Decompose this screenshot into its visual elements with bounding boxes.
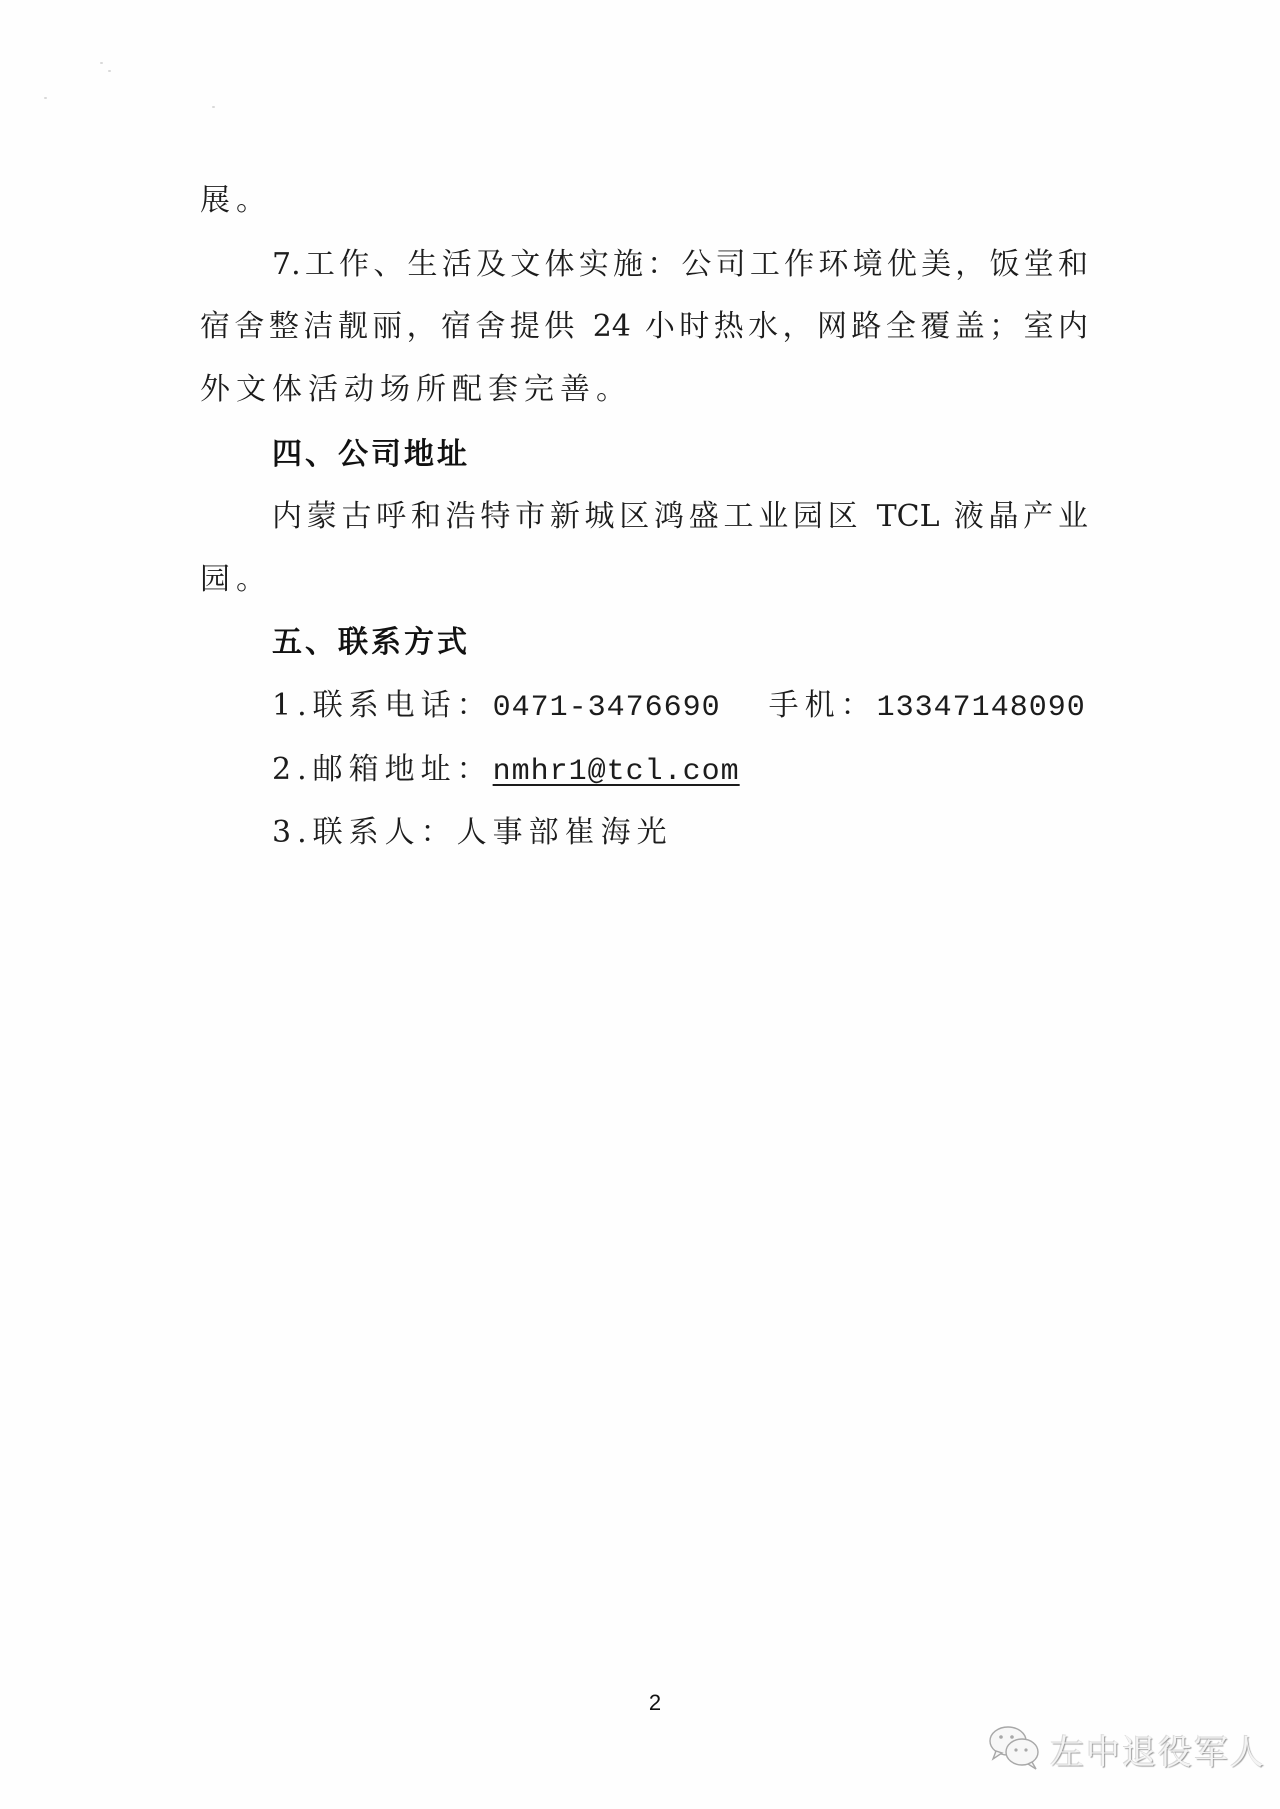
paragraph-line: 外文体活动场所配套完善。 bbox=[200, 370, 1100, 410]
email-line: 2.邮箱地址：nmhr1@tcl.com bbox=[272, 750, 1172, 790]
scan-speck bbox=[212, 106, 215, 108]
address-text: 园。 bbox=[200, 562, 272, 597]
section-heading-contact: 五、联系方式 bbox=[272, 623, 1172, 663]
paragraph-line: 展。 bbox=[200, 181, 1100, 221]
email-label: 2.邮箱地址： bbox=[272, 752, 493, 787]
heading-text: 四、公司地址 bbox=[272, 437, 470, 472]
mobile-value: 13347148090 bbox=[877, 691, 1086, 725]
email-link[interactable]: nmhr1@tcl.com bbox=[493, 755, 740, 789]
phone-line: 1.联系电话：0471-3476690手机：13347148090 bbox=[272, 686, 1172, 726]
contact-label: 3.联系人： bbox=[272, 815, 457, 850]
paragraph-text: 7.工作、生活及文体实施：公司工作环境优美，饭堂和 bbox=[272, 247, 1088, 282]
section-heading-address: 四、公司地址 bbox=[272, 435, 1172, 475]
phone-value: 0471-3476690 bbox=[493, 691, 721, 725]
address-line: 园。 bbox=[200, 560, 1100, 600]
mobile-label: 手机： bbox=[769, 688, 877, 723]
scan-speck bbox=[44, 97, 47, 99]
paragraph-line: 宿舍整洁靓丽，宿舍提供 24 小时热水，网路全覆盖；室内 bbox=[200, 307, 1088, 347]
wechat-icon bbox=[988, 1724, 1042, 1774]
paragraph-text: 外文体活动场所配套完善。 bbox=[200, 372, 632, 407]
phone-label: 1.联系电话： bbox=[272, 688, 493, 723]
paragraph-text: 宿舍整洁靓丽，宿舍提供 24 小时热水，网路全覆盖；室内 bbox=[200, 309, 1088, 344]
address-text: 内蒙古呼和浩特市新城区鸿盛工业园区 TCL 液晶产业 bbox=[272, 499, 1088, 534]
document-page: 展。 7.工作、生活及文体实施：公司工作环境优美，饭堂和 宿舍整洁靓丽，宿舍提供… bbox=[0, 0, 1280, 1809]
scan-speck bbox=[100, 62, 103, 64]
address-line: 内蒙古呼和浩特市新城区鸿盛工业园区 TCL 液晶产业 bbox=[272, 497, 1088, 537]
scan-speck bbox=[108, 70, 111, 72]
page-number: 2 bbox=[640, 1690, 670, 1716]
contact-person-line: 3.联系人：人事部崔海光 bbox=[272, 813, 1172, 853]
contact-value: 人事部崔海光 bbox=[457, 815, 673, 850]
watermark-text: 左中退役军人 bbox=[1050, 1725, 1266, 1774]
heading-text: 五、联系方式 bbox=[272, 625, 470, 660]
watermark: 左中退役军人 bbox=[988, 1724, 1266, 1774]
paragraph-line: 7.工作、生活及文体实施：公司工作环境优美，饭堂和 bbox=[272, 245, 1088, 285]
paragraph-text: 展。 bbox=[200, 183, 272, 218]
